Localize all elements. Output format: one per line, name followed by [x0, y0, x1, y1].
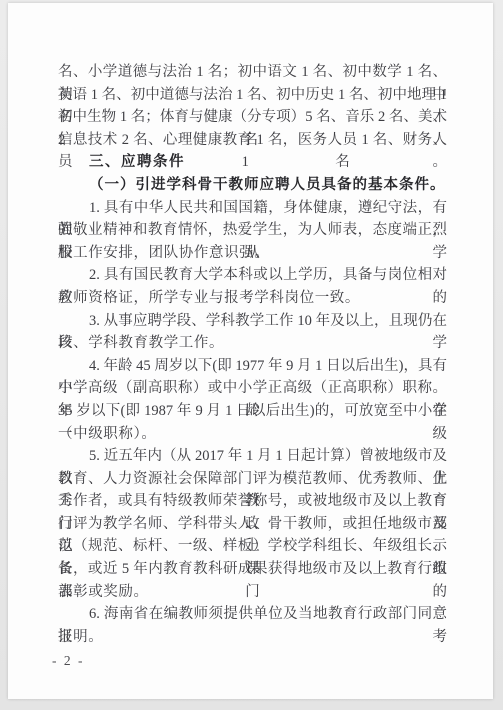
document-body: 名、小学道德与法治 1 名；初中语文 1 名、初中数学 1 名、初中 英语 1 …	[58, 61, 447, 648]
doc-line: 工作者，或具有特级教师荣誉称号，或被地级市及以上教育行政部	[58, 490, 447, 513]
doc-line: 范（规范、标杆、一级、样板）学校学科组长、年级组长、备课组	[58, 535, 447, 558]
subsection-heading: （一）引进学科骨干教师应聘人员具备的基本条件。	[58, 174, 447, 197]
doc-line: 35 岁以下(即 1987 年 9 月 1 日以后出生)的，可放宽至中小学一级	[58, 400, 447, 423]
doc-line: 3. 从事应聘学段、学科教学工作 10 年及以上，且现仍在该学	[58, 310, 447, 333]
doc-line: 初中生物 1 名；体育与健康（分专项）5 名、音乐 2 名、美术 2 名、	[58, 106, 447, 129]
scan-backdrop: 名、小学道德与法治 1 名；初中语文 1 名、初中数学 1 名、初中 英语 1 …	[0, 0, 503, 710]
doc-line: 门评为教学名师、学科带头人、骨干教师，或担任地级市及以上示	[58, 513, 447, 536]
doc-line: 名、小学道德与法治 1 名；初中语文 1 名、初中数学 1 名、初中	[58, 61, 447, 84]
doc-line: 5. 近五年内（从 2017 年 1 月 1 日起计算）曾被地级市及以上	[58, 445, 447, 468]
doc-line: 的敬业精神和教育情怀，热爱学生，为人师表，态度端正，服从学	[58, 219, 447, 242]
doc-line: 英语 1 名、初中道德与法治 1 名、初中历史 1 名、初中地理 1 名、	[58, 84, 447, 107]
doc-line: 小学高级（副高职称）或中小学正高级（正高职称）职称。年龄在	[58, 377, 447, 400]
doc-line: 教育、人力资源社会保障部门评为模范教师、优秀教师、优秀教育	[58, 468, 447, 491]
doc-line: 长，或近 5 年内教育教科研成果获得地级市及以上教育行政部门的	[58, 558, 447, 581]
document-page: 名、小学道德与法治 1 名；初中语文 1 名、初中数学 1 名、初中 英语 1 …	[8, 3, 493, 699]
doc-line: 6. 海南省在编教师须提供单位及当地教育行政部门同意报考	[58, 603, 447, 626]
doc-line: 4. 年龄 45 周岁以下(即 1977 年 9 月 1 日以后出生)，具有中	[58, 355, 447, 378]
page-number: - 2 -	[52, 653, 85, 669]
doc-line: 2. 具有国民教育大学本科或以上学历，具备与岗位相对应的	[58, 264, 447, 287]
doc-line: 信息技术 2 名、心理健康教育 1 名，医务人员 1 名、财务人员 1 名。	[58, 129, 447, 152]
doc-line: 1. 具有中华人民共和国国籍，身体健康，遵纪守法，有强烈	[58, 197, 447, 220]
